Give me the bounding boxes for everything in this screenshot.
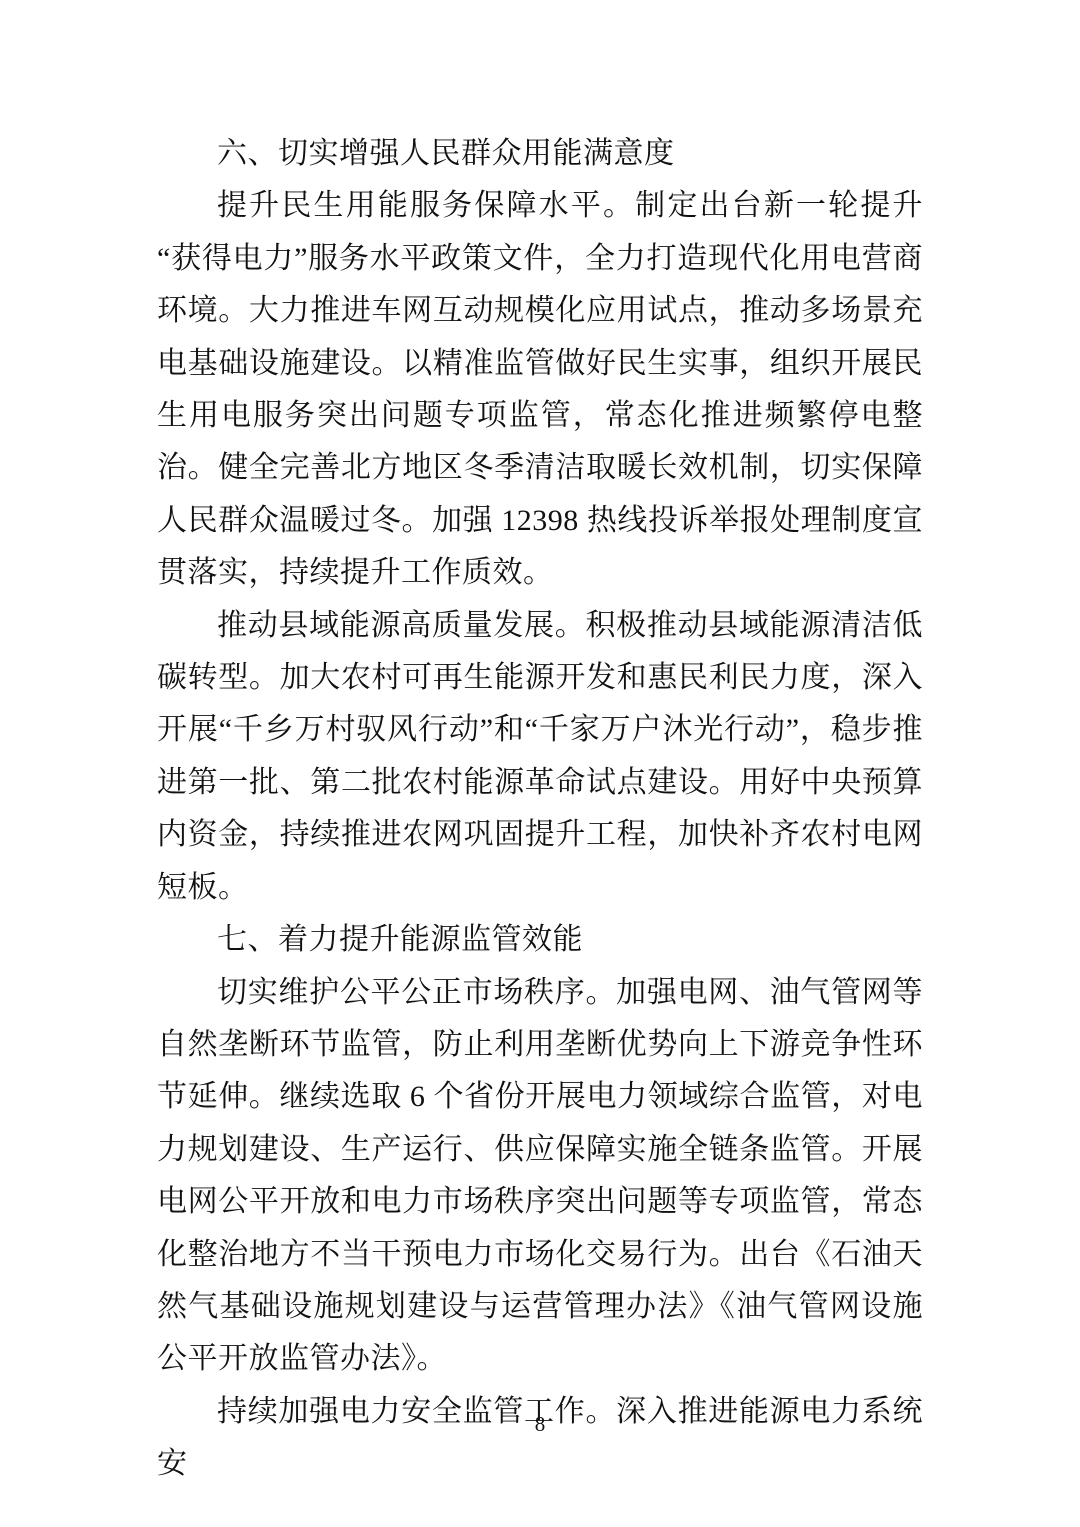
section-heading-seven: 七、着力提升能源监管效能 xyxy=(157,914,923,966)
document-page: 六、切实增强人民群众用能满意度 提升民生用能服务保障水平。制定出台新一轮提升“获… xyxy=(0,0,1080,1527)
paragraph-county-energy-development: 推动县域能源高质量发展。积极推动县域能源清洁低碳转型。加大农村可再生能源开发和惠… xyxy=(157,600,923,914)
paragraph-livelihood-energy-service: 提升民生用能服务保障水平。制定出台新一轮提升“获得电力”服务水平政策文件，全力打… xyxy=(157,180,923,599)
page-number: 8 xyxy=(535,1412,546,1436)
page-footer: 8 xyxy=(0,1410,1080,1438)
paragraph-market-order-supervision: 切实维护公平公正市场秩序。加强电网、油气管网等自然垄断环节监管，防止利用垄断优势… xyxy=(157,967,923,1386)
document-body: 六、切实增强人民群众用能满意度 提升民生用能服务保障水平。制定出台新一轮提升“获… xyxy=(157,128,923,1491)
section-heading-six: 六、切实增强人民群众用能满意度 xyxy=(157,128,923,180)
paragraph-power-safety-supervision: 持续加强电力安全监管工作。深入推进能源电力系统安 xyxy=(157,1386,923,1491)
